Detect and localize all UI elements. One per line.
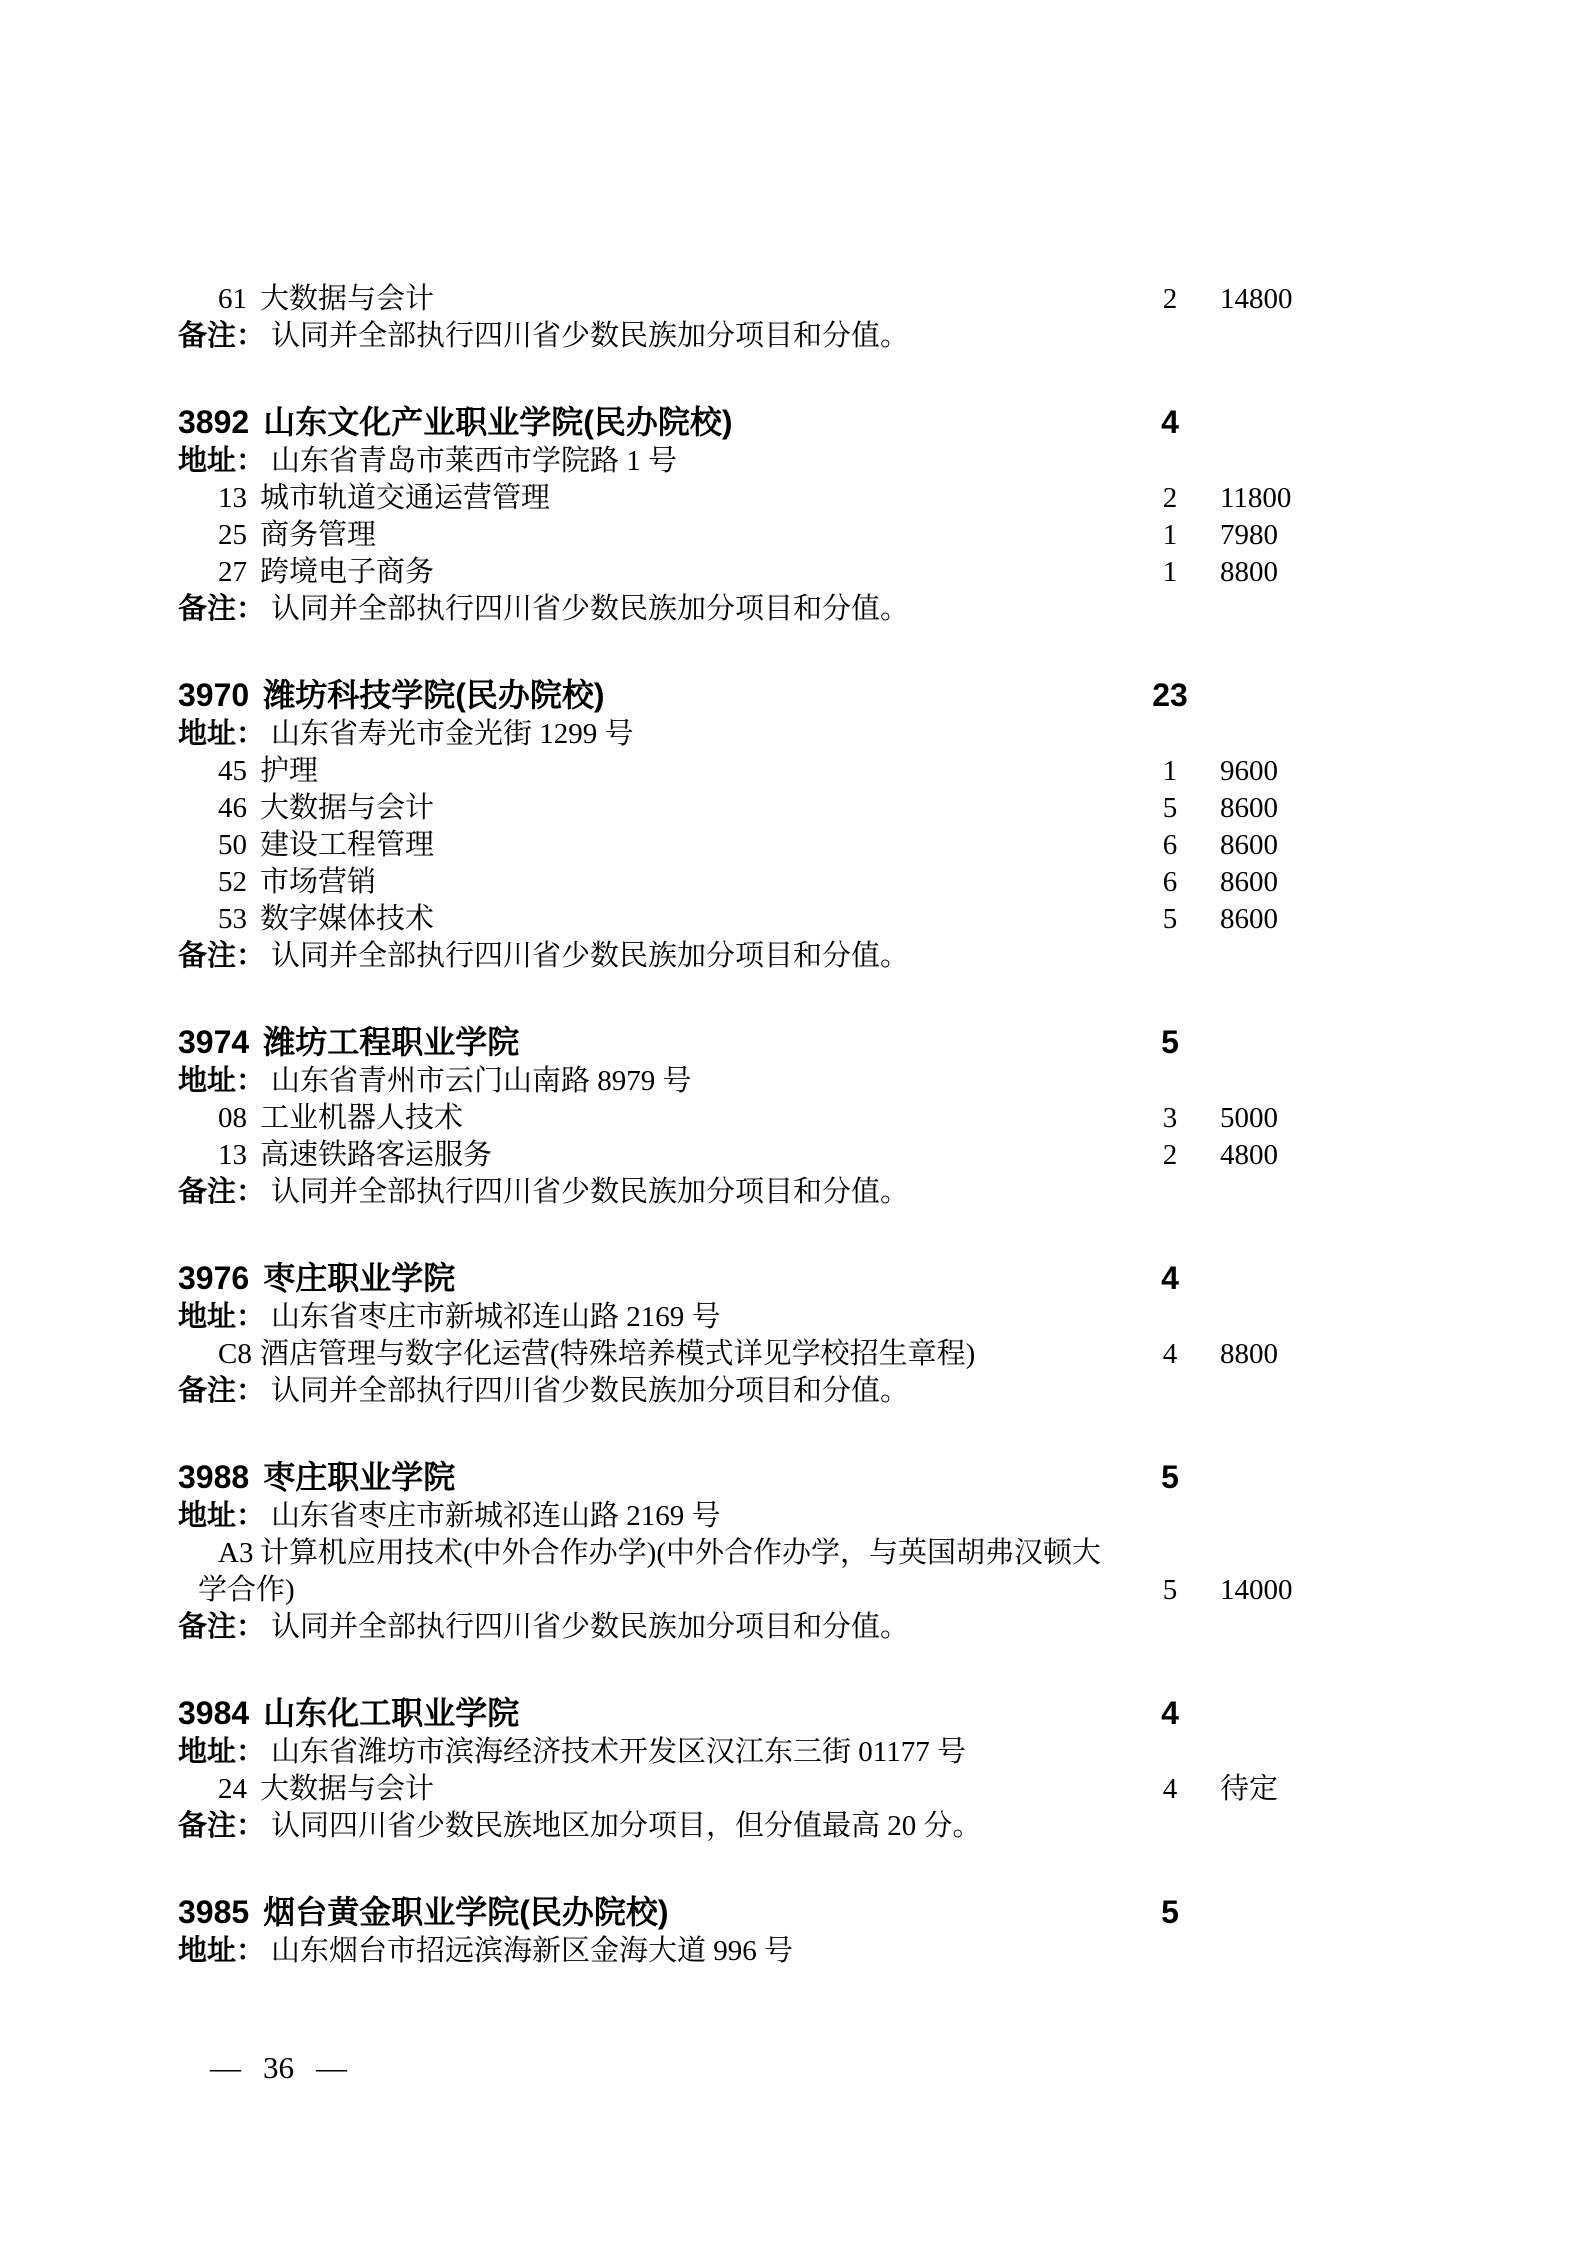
major-row: 08 工业机器人技术 3 5000 xyxy=(178,1100,1340,1137)
major-name: 学合作) xyxy=(198,1572,1136,1609)
school-name: 枣庄职业学院 xyxy=(263,1257,1136,1299)
major-name: 商务管理 xyxy=(260,517,1136,554)
address-line: 地址：山东省枣庄市新城祁连山路 2169 号 xyxy=(178,1498,1340,1535)
remark-text: 认同并全部执行四川省少数民族加分项目和分值。 xyxy=(271,1611,909,1643)
major-count: 1 xyxy=(1136,554,1204,591)
major-count: 5 xyxy=(1136,1572,1204,1609)
school-header: 3970 潍坊科技学院(民办院校) 23 xyxy=(178,674,1340,716)
major-fee: 8800 xyxy=(1204,554,1340,591)
major-row: 27 跨境电子商务 1 8800 xyxy=(178,554,1340,591)
school-header: 3988 枣庄职业学院 5 xyxy=(178,1456,1340,1498)
major-count: 2 xyxy=(1136,1137,1204,1174)
major-count: 5 xyxy=(1136,790,1204,827)
footer-dash-left: — xyxy=(210,2050,241,2085)
major-count: 4 xyxy=(1136,1336,1204,1373)
major-row: 46 大数据与会计 5 8600 xyxy=(178,790,1340,827)
school-code: 3974 xyxy=(178,1021,249,1063)
remark-text: 认同并全部执行四川省少数民族加分项目和分值。 xyxy=(271,1176,909,1208)
school-section: 3974 潍坊工程职业学院 5 地址：山东省青州市云门山南路 8979 号 08… xyxy=(178,1021,1340,1211)
major-row: 53 数字媒体技术 5 8600 xyxy=(178,901,1340,938)
school-code: 3988 xyxy=(178,1456,249,1498)
major-name: 跨境电子商务 xyxy=(260,554,1136,591)
major-code: A3 xyxy=(218,1535,260,1572)
major-fee: 11800 xyxy=(1204,480,1340,517)
address-label: 地址： xyxy=(178,1736,265,1768)
major-name: 大数据与会计 xyxy=(260,1771,1136,1808)
remark-label: 备注： xyxy=(178,1176,265,1208)
major-name: 计算机应用技术(中外合作办学)(中外合作办学，与英国胡弗汉顿大 xyxy=(260,1535,1340,1572)
major-fee: 8600 xyxy=(1204,901,1340,938)
school-total: 4 xyxy=(1136,1692,1204,1734)
school-name: 山东文化产业职业学院(民办院校) xyxy=(263,401,1136,443)
school-name: 潍坊科技学院(民办院校) xyxy=(263,674,1136,716)
major-code: 53 xyxy=(218,901,260,938)
major-fee: 8600 xyxy=(1204,864,1340,901)
major-code: 45 xyxy=(218,753,260,790)
school-code: 3892 xyxy=(178,401,249,443)
major-code: 52 xyxy=(218,864,260,901)
school-header: 3984 山东化工职业学院 4 xyxy=(178,1692,1340,1734)
major-row-continuation: 学合作) 5 14000 xyxy=(178,1572,1340,1609)
major-name: 建设工程管理 xyxy=(260,827,1136,864)
school-name: 烟台黄金职业学院(民办院校) xyxy=(263,1891,1136,1933)
major-name: 酒店管理与数字化运营(特殊培养模式详见学校招生章程) xyxy=(260,1336,1136,1373)
school-header: 3976 枣庄职业学院 4 xyxy=(178,1257,1340,1299)
major-row: 50 建设工程管理 6 8600 xyxy=(178,827,1340,864)
school-section: 3984 山东化工职业学院 4 地址：山东省潍坊市滨海经济技术开发区汉江东三街 … xyxy=(178,1692,1340,1845)
major-code: 08 xyxy=(218,1100,260,1137)
school-section: 61 大数据与会计 2 14800 备注：认同并全部执行四川省少数民族加分项目和… xyxy=(178,281,1340,355)
major-name: 高速铁路客运服务 xyxy=(260,1137,1136,1174)
major-code: 61 xyxy=(218,281,260,318)
address-label: 地址： xyxy=(178,445,265,477)
school-header: 3985 烟台黄金职业学院(民办院校) 5 xyxy=(178,1891,1340,1933)
major-row: 13 城市轨道交通运营管理 2 11800 xyxy=(178,480,1340,517)
school-total: 5 xyxy=(1136,1021,1204,1063)
major-fee: 5000 xyxy=(1204,1100,1340,1137)
school-header: 3974 潍坊工程职业学院 5 xyxy=(178,1021,1340,1063)
major-fee: 8600 xyxy=(1204,827,1340,864)
major-name: 城市轨道交通运营管理 xyxy=(260,480,1136,517)
remark-line: 备注：认同四川省少数民族地区加分项目，但分值最高 20 分。 xyxy=(178,1808,1340,1845)
major-name: 市场营销 xyxy=(260,864,1136,901)
address-text: 山东省潍坊市滨海经济技术开发区汉江东三街 01177 号 xyxy=(271,1736,966,1768)
major-code: 50 xyxy=(218,827,260,864)
address-text: 山东烟台市招远滨海新区金海大道 996 号 xyxy=(271,1935,793,1967)
remark-line: 备注：认同并全部执行四川省少数民族加分项目和分值。 xyxy=(178,1609,1340,1646)
address-line: 地址：山东省青岛市莱西市学院路 1 号 xyxy=(178,443,1340,480)
school-code: 3976 xyxy=(178,1257,249,1299)
remark-label: 备注： xyxy=(178,1375,265,1407)
remark-label: 备注： xyxy=(178,1810,265,1842)
major-fee: 14800 xyxy=(1204,281,1340,318)
major-name: 数字媒体技术 xyxy=(260,901,1136,938)
school-section: 3985 烟台黄金职业学院(民办院校) 5 地址：山东烟台市招远滨海新区金海大道… xyxy=(178,1891,1340,1970)
remark-text: 认同并全部执行四川省少数民族加分项目和分值。 xyxy=(271,320,909,352)
address-text: 山东省枣庄市新城祁连山路 2169 号 xyxy=(271,1500,721,1532)
major-name: 大数据与会计 xyxy=(260,281,1136,318)
major-count: 1 xyxy=(1136,753,1204,790)
school-section: 3988 枣庄职业学院 5 地址：山东省枣庄市新城祁连山路 2169 号 A3 … xyxy=(178,1456,1340,1646)
address-line: 地址：山东省枣庄市新城祁连山路 2169 号 xyxy=(178,1299,1340,1336)
major-fee: 4800 xyxy=(1204,1137,1340,1174)
major-row: 13 高速铁路客运服务 2 4800 xyxy=(178,1137,1340,1174)
major-fee: 8600 xyxy=(1204,790,1340,827)
address-text: 山东省寿光市金光街 1299 号 xyxy=(271,718,634,750)
remark-text: 认同并全部执行四川省少数民族加分项目和分值。 xyxy=(271,940,909,972)
school-code: 3970 xyxy=(178,674,249,716)
remark-line: 备注：认同并全部执行四川省少数民族加分项目和分值。 xyxy=(178,1373,1340,1410)
major-code: 24 xyxy=(218,1771,260,1808)
major-count: 5 xyxy=(1136,901,1204,938)
major-code: 46 xyxy=(218,790,260,827)
remark-label: 备注： xyxy=(178,593,265,625)
address-line: 地址：山东省青州市云门山南路 8979 号 xyxy=(178,1063,1340,1100)
major-count: 1 xyxy=(1136,517,1204,554)
school-header: 3892 山东文化产业职业学院(民办院校) 4 xyxy=(178,401,1340,443)
remark-text: 认同并全部执行四川省少数民族加分项目和分值。 xyxy=(271,1375,909,1407)
address-line: 地址：山东省潍坊市滨海经济技术开发区汉江东三街 01177 号 xyxy=(178,1734,1340,1771)
remark-label: 备注： xyxy=(178,940,265,972)
major-code: 25 xyxy=(218,517,260,554)
major-code: 13 xyxy=(218,1137,260,1174)
school-section: 3970 潍坊科技学院(民办院校) 23 地址：山东省寿光市金光街 1299 号… xyxy=(178,674,1340,975)
school-name: 枣庄职业学院 xyxy=(263,1456,1136,1498)
major-fee: 待定 xyxy=(1204,1771,1340,1808)
major-count: 4 xyxy=(1136,1771,1204,1808)
remark-line: 备注：认同并全部执行四川省少数民族加分项目和分值。 xyxy=(178,591,1340,628)
major-count: 6 xyxy=(1136,827,1204,864)
school-section: 3892 山东文化产业职业学院(民办院校) 4 地址：山东省青岛市莱西市学院路 … xyxy=(178,401,1340,628)
major-name: 护理 xyxy=(260,753,1136,790)
address-line: 地址：山东烟台市招远滨海新区金海大道 996 号 xyxy=(178,1933,1340,1970)
address-text: 山东省青州市云门山南路 8979 号 xyxy=(271,1065,692,1097)
remark-label: 备注： xyxy=(178,1611,265,1643)
remark-text: 认同四川省少数民族地区加分项目，但分值最高 20 分。 xyxy=(271,1810,982,1842)
major-fee: 8800 xyxy=(1204,1336,1340,1373)
major-row: 52 市场营销 6 8600 xyxy=(178,864,1340,901)
page-content: 61 大数据与会计 2 14800 备注：认同并全部执行四川省少数民族加分项目和… xyxy=(0,0,1587,1970)
school-code: 3985 xyxy=(178,1891,249,1933)
address-label: 地址： xyxy=(178,1065,265,1097)
remark-text: 认同并全部执行四川省少数民族加分项目和分值。 xyxy=(271,593,909,625)
major-count: 6 xyxy=(1136,864,1204,901)
remark-line: 备注：认同并全部执行四川省少数民族加分项目和分值。 xyxy=(178,318,1340,355)
major-row: 61 大数据与会计 2 14800 xyxy=(178,281,1340,318)
major-code: 27 xyxy=(218,554,260,591)
address-line: 地址：山东省寿光市金光街 1299 号 xyxy=(178,716,1340,753)
major-count: 2 xyxy=(1136,480,1204,517)
major-row: 25 商务管理 1 7980 xyxy=(178,517,1340,554)
school-total: 4 xyxy=(1136,401,1204,443)
major-row: 45 护理 1 9600 xyxy=(178,753,1340,790)
document-page: 61 大数据与会计 2 14800 备注：认同并全部执行四川省少数民族加分项目和… xyxy=(0,0,1587,2245)
major-fee: 7980 xyxy=(1204,517,1340,554)
school-total: 5 xyxy=(1136,1456,1204,1498)
major-code: 13 xyxy=(218,480,260,517)
major-fee: 9600 xyxy=(1204,753,1340,790)
remark-line: 备注：认同并全部执行四川省少数民族加分项目和分值。 xyxy=(178,938,1340,975)
school-code: 3984 xyxy=(178,1692,249,1734)
school-total: 5 xyxy=(1136,1891,1204,1933)
major-count: 2 xyxy=(1136,281,1204,318)
major-row: 24 大数据与会计 4 待定 xyxy=(178,1771,1340,1808)
address-label: 地址： xyxy=(178,1500,265,1532)
major-fee: 14000 xyxy=(1204,1572,1340,1609)
remark-line: 备注：认同并全部执行四川省少数民族加分项目和分值。 xyxy=(178,1174,1340,1211)
school-name: 潍坊工程职业学院 xyxy=(263,1021,1136,1063)
major-name: 大数据与会计 xyxy=(260,790,1136,827)
address-label: 地址： xyxy=(178,1935,265,1967)
major-name: 工业机器人技术 xyxy=(260,1100,1136,1137)
school-total: 23 xyxy=(1136,674,1204,716)
remark-label: 备注： xyxy=(178,320,265,352)
major-code: C8 xyxy=(218,1336,260,1373)
school-section: 3976 枣庄职业学院 4 地址：山东省枣庄市新城祁连山路 2169 号 C8 … xyxy=(178,1257,1340,1410)
school-name: 山东化工职业学院 xyxy=(263,1692,1136,1734)
page-footer: —36— xyxy=(210,2048,347,2088)
address-text: 山东省枣庄市新城祁连山路 2169 号 xyxy=(271,1301,721,1333)
major-row: C8 酒店管理与数字化运营(特殊培养模式详见学校招生章程) 4 8800 xyxy=(178,1336,1340,1373)
page-number: 36 xyxy=(263,2050,294,2085)
major-row: A3 计算机应用技术(中外合作办学)(中外合作办学，与英国胡弗汉顿大 xyxy=(178,1535,1340,1572)
school-total: 4 xyxy=(1136,1257,1204,1299)
address-text: 山东省青岛市莱西市学院路 1 号 xyxy=(271,445,677,477)
address-label: 地址： xyxy=(178,718,265,750)
footer-dash-right: — xyxy=(316,2050,347,2085)
address-label: 地址： xyxy=(178,1301,265,1333)
major-count: 3 xyxy=(1136,1100,1204,1137)
